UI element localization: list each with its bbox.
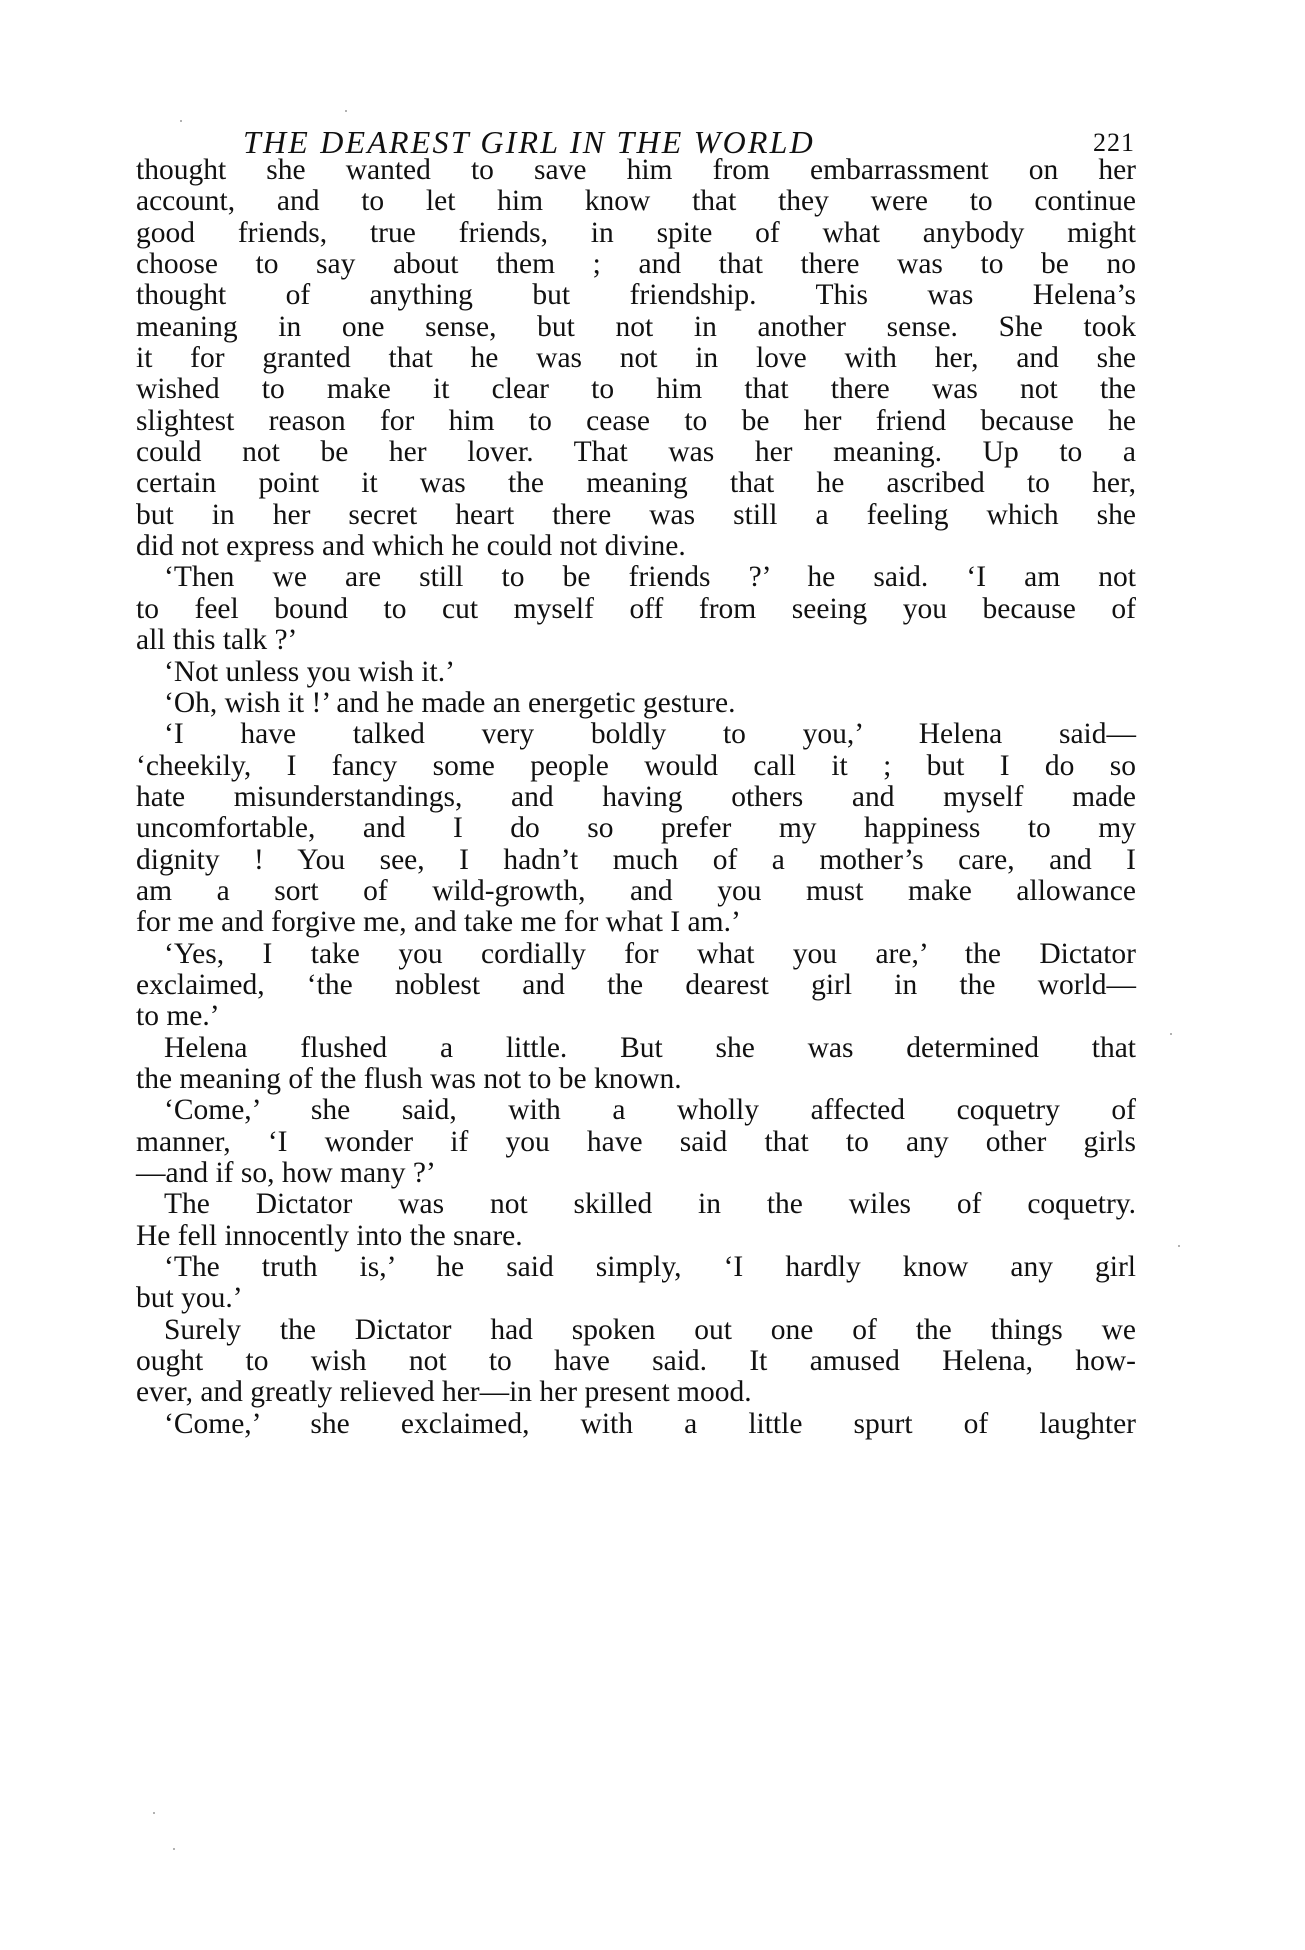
text-line-content: wished to make it clear to him that ther…	[136, 373, 1136, 405]
text-line: to feel bound to cut myself off from see…	[136, 594, 1136, 625]
text-line: for me and forgive me, and take me for w…	[136, 907, 1136, 938]
text-line: am a sort of wild-growth, and you must m…	[136, 876, 1136, 907]
text-line-content: the meaning of the flush was not to be k…	[136, 1063, 682, 1095]
text-line: ever, and greatly relieved her—in her pr…	[136, 1377, 1136, 1408]
body-text: thought she wanted to save him from emba…	[136, 155, 1136, 1440]
text-line-content: but in her secret heart there was still …	[136, 499, 1136, 531]
text-line-content: all this talk ?’	[136, 624, 297, 656]
text-line: could not be her lover. That was her mea…	[136, 437, 1136, 468]
text-line: it for granted that he was not in love w…	[136, 343, 1136, 374]
text-line: —and if so, how many ?’	[136, 1158, 1136, 1189]
text-line-content: certain point it was the meaning that he…	[136, 467, 1136, 499]
text-line: wished to make it clear to him that ther…	[136, 374, 1136, 405]
text-line-content: but you.’	[136, 1282, 243, 1314]
text-line-content: thought of anything but friendship. This…	[136, 279, 1136, 311]
text-line: uncomfortable, and I do so prefer my hap…	[136, 813, 1136, 844]
text-line-content: He fell innocently into the snare.	[136, 1220, 523, 1252]
text-line-content: could not be her lover. That was her mea…	[136, 436, 1136, 468]
text-line-content: ‘Not unless you wish it.’	[164, 656, 455, 688]
text-line: Helena flushed a little. But she was det…	[136, 1033, 1136, 1064]
text-line-content: for me and forgive me, and take me for w…	[136, 906, 741, 938]
text-line-content: hate misunderstandings, and having other…	[136, 781, 1136, 813]
text-line-content: ‘Yes, I take you cordially for what you …	[164, 938, 1136, 970]
text-line: Surely the Dictator had spoken out one o…	[136, 1315, 1136, 1346]
text-line-content: did not express and which he could not d…	[136, 530, 686, 562]
text-line: ‘Not unless you wish it.’	[136, 657, 1136, 688]
text-line-content: to me.’	[136, 1000, 220, 1032]
text-line: did not express and which he could not d…	[136, 531, 1136, 562]
text-line-content: Helena flushed a little. But she was det…	[164, 1032, 1136, 1064]
text-line-content: it for granted that he was not in love w…	[136, 342, 1136, 374]
text-line: the meaning of the flush was not to be k…	[136, 1064, 1136, 1095]
text-line-content: slightest reason for him to cease to be …	[136, 405, 1136, 437]
text-line: ‘Then we are still to be friends ?’ he s…	[136, 562, 1136, 593]
scan-speck	[153, 1812, 155, 1814]
text-line: choose to say about them ; and that ther…	[136, 249, 1136, 280]
text-line-content: to feel bound to cut myself off from see…	[136, 593, 1136, 625]
text-line: but you.’	[136, 1283, 1136, 1314]
text-line: exclaimed, ‘the noblest and the dearest …	[136, 970, 1136, 1001]
scan-speck	[345, 110, 347, 112]
text-line-content: good friends, true friends, in spite of …	[136, 217, 1136, 249]
text-line: ‘The truth is,’ he said simply, ‘I hardl…	[136, 1252, 1136, 1283]
text-line: certain point it was the meaning that he…	[136, 468, 1136, 499]
text-line-content: Surely the Dictator had spoken out one o…	[164, 1314, 1136, 1346]
scan-speck	[1178, 1245, 1180, 1247]
text-line-content: uncomfortable, and I do so prefer my hap…	[136, 812, 1136, 844]
text-line: ‘I have talked very boldly to you,’ Hele…	[136, 719, 1136, 750]
text-line: ‘Oh, wish it !’ and he made an energetic…	[136, 688, 1136, 719]
text-line-content: ‘Oh, wish it !’ and he made an energetic…	[164, 687, 736, 719]
text-line: but in her secret heart there was still …	[136, 500, 1136, 531]
text-line: account, and to let him know that they w…	[136, 186, 1136, 217]
text-line-content: dignity ! You see, I hadn’t much of a mo…	[136, 844, 1136, 876]
text-line: to me.’	[136, 1001, 1136, 1032]
text-line: ‘Come,’ she said, with a wholly affected…	[136, 1095, 1136, 1126]
scan-speck	[173, 1848, 175, 1850]
text-line: The Dictator was not skilled in the wile…	[136, 1189, 1136, 1220]
text-line-content: ever, and greatly relieved her—in her pr…	[136, 1376, 752, 1408]
text-line: ‘Come,’ she exclaimed, with a little spu…	[136, 1409, 1136, 1440]
text-line: ought to wish not to have said. It amuse…	[136, 1346, 1136, 1377]
text-line-content: —and if so, how many ?’	[136, 1157, 436, 1189]
scan-speck	[180, 120, 182, 122]
text-line: ‘cheekily, I fancy some people would cal…	[136, 751, 1136, 782]
text-line: all this talk ?’	[136, 625, 1136, 656]
text-line-content: manner, ‘I wonder if you have said that …	[136, 1126, 1136, 1158]
text-line-content: exclaimed, ‘the noblest and the dearest …	[136, 969, 1136, 1001]
book-page: THE DEAREST GIRL IN THE WORLD 221 though…	[0, 0, 1305, 1950]
text-line-content: ‘I have talked very boldly to you,’ Hele…	[164, 718, 1136, 750]
text-line-content: The Dictator was not skilled in the wile…	[164, 1188, 1136, 1220]
text-line: good friends, true friends, in spite of …	[136, 218, 1136, 249]
text-line-content: ‘Come,’ she said, with a wholly affected…	[164, 1094, 1136, 1126]
text-line-content: ought to wish not to have said. It amuse…	[136, 1345, 1136, 1377]
text-line: thought of anything but friendship. This…	[136, 280, 1136, 311]
text-line-content: meaning in one sense, but not in another…	[136, 311, 1136, 343]
text-line-content: choose to say about them ; and that ther…	[136, 248, 1136, 280]
text-line: hate misunderstandings, and having other…	[136, 782, 1136, 813]
text-line: He fell innocently into the snare.	[136, 1221, 1136, 1252]
text-line-content: thought she wanted to save him from emba…	[136, 154, 1136, 186]
text-line: thought she wanted to save him from emba…	[136, 155, 1136, 186]
scan-speck	[1170, 1033, 1172, 1035]
text-line-content: ‘The truth is,’ he said simply, ‘I hardl…	[164, 1251, 1136, 1283]
text-line: slightest reason for him to cease to be …	[136, 406, 1136, 437]
text-line-content: account, and to let him know that they w…	[136, 185, 1136, 217]
text-line-content: am a sort of wild-growth, and you must m…	[136, 875, 1136, 907]
text-line: meaning in one sense, but not in another…	[136, 312, 1136, 343]
text-line: manner, ‘I wonder if you have said that …	[136, 1127, 1136, 1158]
text-line-content: ‘Come,’ she exclaimed, with a little spu…	[164, 1408, 1136, 1440]
text-line: dignity ! You see, I hadn’t much of a mo…	[136, 845, 1136, 876]
text-line-content: ‘Then we are still to be friends ?’ he s…	[164, 561, 1136, 593]
text-line-content: ‘cheekily, I fancy some people would cal…	[136, 750, 1136, 782]
text-line: ‘Yes, I take you cordially for what you …	[136, 939, 1136, 970]
